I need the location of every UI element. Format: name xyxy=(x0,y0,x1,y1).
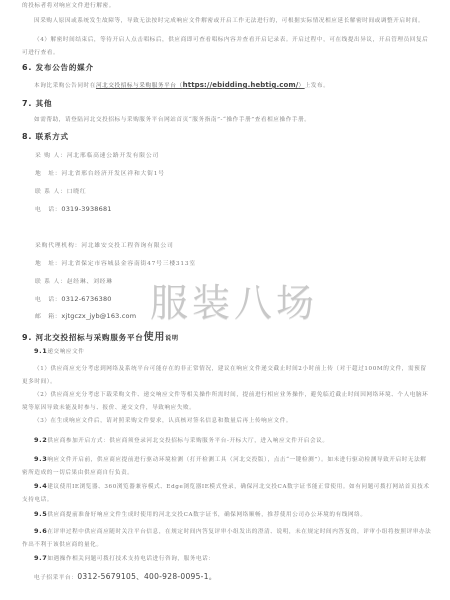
section-9-heading: 9. 河北交投招标与采购服务平台使用说明 xyxy=(22,328,179,343)
agency-email: 邮 箱：xjtgczx_jyb@163.com xyxy=(35,311,136,320)
paragraph-4: （4）解密时间结束后，等待开启人点击唱标后，供应商即可查看唱标内容并查看开启记录… xyxy=(22,34,432,60)
subsection-9-6: 9.6在评审过程中供应商应随时关注平台信息，在规定时间内答复评审小组发出的澄清、… xyxy=(22,525,432,552)
delay-paragraph: 因采购人原因或系统发生故障等，导致无法按时完成响应文件解密或开启工作无法进行的，… xyxy=(22,15,432,28)
buyer-phone: 电 话：0319-3938681 xyxy=(35,204,112,213)
buyer-name: 采 购 人：河北邢临高速公路开发有限公司 xyxy=(35,150,159,159)
subsection-9-5: 9.5供应商提前准备好响应文件生成时使用的河北交投CA数字证书，确保网络顺畅，推… xyxy=(22,508,432,522)
section-6-heading: 6. 发布公告的媒介 xyxy=(22,62,94,73)
service-phones: 电子招采平台：0312-5679105、400-928-0095-1。 xyxy=(22,570,432,585)
section-8-heading: 8. 联系方式 xyxy=(22,131,69,142)
section-7-heading: 7. 其他 xyxy=(22,98,52,109)
subsection-9-3: 9.3响应文件开启前，供应商应提前进行驱动环境检测（打开检测工具（河北交投版），… xyxy=(22,453,432,480)
subsection-9-1-p3: （3）在生成响应文件后，请对照采购文件要求，认真核对签名信息和数量后再上传响应文… xyxy=(22,415,432,428)
subsection-9-1-p2: （2）供应商应充分考虑下载采购文件、递交响应文件等相关操作所需时间，提前进行相应… xyxy=(22,389,432,415)
subsection-9-2: 9.2供应商参加开启方式：供应商须登录河北交投招标与采购服务平台-开标大厅，进入… xyxy=(22,434,432,448)
subsection-9-1-p1: （1）供应商应充分考虑到网络及系统平台可能存在的非正常情况，建议在响应文件递交截… xyxy=(22,363,432,389)
agency-address: 地 址：河北省保定市容城县金容南街47号三楼313室 xyxy=(35,258,196,267)
subsection-9-4: 9.4建议使用IE浏览器、360浏览器兼容模式、Edge浏览器IE模式登录，确保… xyxy=(22,480,432,507)
subsection-9-7: 9.7如遇操作相关问题可拨打技术支持电话进行咨询，服务电话： xyxy=(22,552,432,566)
subsection-9-1-heading: 9.1递交响应文件 xyxy=(22,345,432,359)
section-6-body: 本询比采购公告同时在河北交投招标与采购服务平台（https://ebidding… xyxy=(22,79,432,93)
intro-tail-text: 的投标者将对响应文件进行解密。 xyxy=(22,0,432,13)
watermark-text: 服装八场 xyxy=(150,272,318,327)
agency-phone: 电 话：0312-6736380 xyxy=(35,294,112,303)
platform-link[interactable]: 河北交投招标与采购服务平台（https://ebidding.hebtig.co… xyxy=(96,83,305,89)
buyer-address: 地 址：河北省邢台经济开发区祥和大街1号 xyxy=(35,168,165,177)
section-7-body: 如需帮助，请登陆河北交投招标与采购服务平台网站首页“服务指南”-“操作手册”查看… xyxy=(22,114,432,127)
agency-name: 采购代理机构：河北雄安交投工程咨询有限公司 xyxy=(35,240,174,249)
agency-contact: 联 系 人：赵经琳、刘经琳 xyxy=(35,276,113,285)
buyer-contact: 联 系 人：口晓红 xyxy=(35,186,86,195)
